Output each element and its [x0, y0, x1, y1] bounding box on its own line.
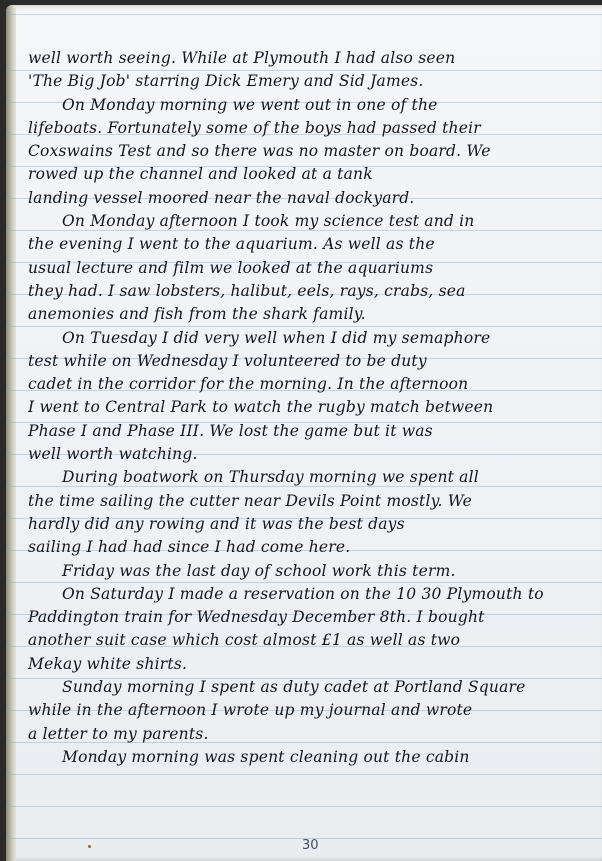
text-line: while in the afternoon I wrote up my jou… — [28, 699, 596, 722]
text-line: lifeboats. Fortunately some of the boys … — [28, 117, 596, 140]
text-line: anemonies and fish from the shark family… — [28, 303, 596, 326]
text-line: On Tuesday I did very well when I did my… — [28, 327, 596, 350]
ink-spot — [88, 845, 91, 848]
journal-page: well worth seeing. While at Plymouth I h… — [6, 5, 602, 861]
text-line: Mekay white shirts. — [28, 653, 596, 676]
text-line: Monday morning was spent cleaning out th… — [28, 746, 596, 769]
text-line: well worth watching. — [28, 443, 596, 466]
text-line: On Monday afternoon I took my science te… — [28, 210, 596, 233]
text-line: On Monday morning we went out in one of … — [28, 94, 596, 117]
text-line: I went to Central Park to watch the rugb… — [28, 396, 596, 419]
text-line: Paddington train for Wednesday December … — [28, 606, 596, 629]
text-line: sailing I had had since I had come here. — [28, 536, 596, 559]
text-line: cadet in the corridor for the morning. I… — [28, 373, 596, 396]
text-line: landing vessel moored near the naval doc… — [28, 187, 596, 210]
text-line: a letter to my parents. — [28, 723, 596, 746]
text-line: During boatwork on Thursday morning we s… — [28, 466, 596, 489]
text-line: rowed up the channel and looked at a tan… — [28, 163, 596, 186]
text-line: the evening I went to the aquarium. As w… — [28, 233, 596, 256]
text-line: On Saturday I made a reservation on the … — [28, 583, 596, 606]
page-number: 30 — [302, 838, 319, 853]
text-line: Phase I and Phase III. We lost the game … — [28, 420, 596, 443]
text-line: they had. I saw lobsters, halibut, eels,… — [28, 280, 596, 303]
text-line: Friday was the last day of school work t… — [28, 560, 596, 583]
text-line: Coxswains Test and so there was no maste… — [28, 140, 596, 163]
text-line: test while on Wednesday I volunteered to… — [28, 350, 596, 373]
handwritten-text: well worth seeing. While at Plymouth I h… — [28, 47, 596, 769]
text-line: the time sailing the cutter near Devils … — [28, 490, 596, 513]
text-line: another suit case which cost almost £1 a… — [28, 629, 596, 652]
text-line: usual lecture and film we looked at the … — [28, 257, 596, 280]
text-line: Sunday morning I spent as duty cadet at … — [28, 676, 596, 699]
text-line: hardly did any rowing and it was the bes… — [28, 513, 596, 536]
text-line: well worth seeing. While at Plymouth I h… — [28, 47, 596, 70]
text-line: 'The Big Job' starring Dick Emery and Si… — [28, 70, 596, 93]
